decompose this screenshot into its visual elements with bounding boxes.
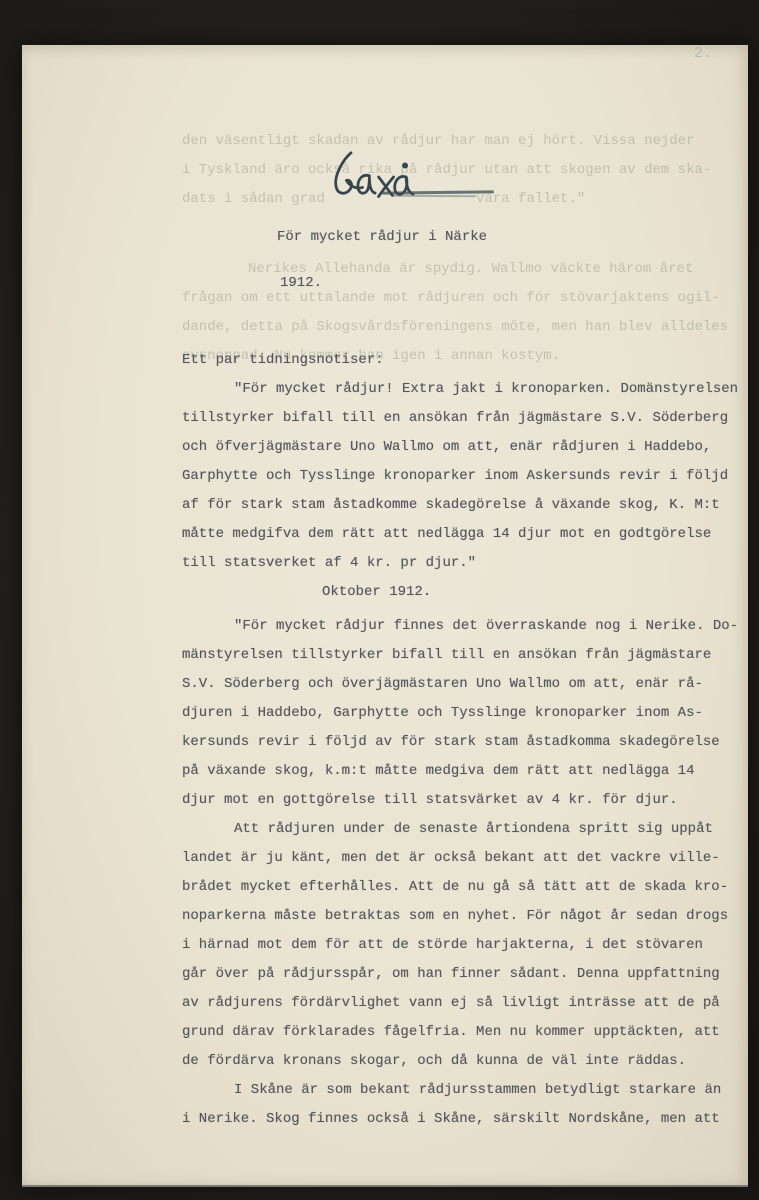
document-title: För mycket rådjur i Närke (277, 223, 487, 252)
typewritten-line: brådet mycket efterhålles. Att de nu gå … (182, 873, 738, 902)
scan-background: 2. den väsentligt skadan av rådjur har m… (0, 0, 759, 1200)
typewritten-line: S.V. Söderberg och överjägmästaren Uno W… (182, 670, 738, 699)
typewritten-line: grund därav förklarades fågelfria. Men n… (182, 1018, 738, 1047)
typewritten-line: I Skåne är som bekant rådjursstammen bet… (182, 1076, 738, 1105)
typewritten-line: i Nerike. Skog finnes också i Skåne, sär… (182, 1105, 738, 1134)
typewritten-line: mänstyrelsen tillstyrker bifall till en … (182, 641, 738, 670)
typewritten-line: Att rådjuren under de senaste årtiondena… (182, 815, 738, 844)
typewritten-line: "För mycket rådjur finnes det överraskan… (182, 612, 738, 641)
typewritten-line: på växande skog, k.m:t måtte medgiva dem… (182, 757, 738, 786)
typewritten-line: måtte medgifva dem rätt att nedlägga 14 … (182, 520, 738, 549)
ghost-page-number: 2. (694, 39, 712, 68)
typewritten-line: de fördärva kronans skogar, och då kunna… (182, 1047, 738, 1076)
paper-sheet: 2. den väsentligt skadan av rådjur har m… (22, 45, 748, 1185)
laxa-handwriting (328, 147, 420, 207)
ghost-bleedthrough-top: den väsentligt skadan av rådjur har man … (182, 127, 711, 214)
typewritten-line: noparkerna måste betraktas som en nyhet.… (182, 902, 738, 931)
typewritten-line: till statsverket af 4 kr. pr djur." (182, 549, 738, 578)
typewritten-line: af för stark stam åstadkomme skadegörels… (182, 491, 738, 520)
handwritten-laxa-annotation (328, 147, 420, 207)
typewritten-line: i härnad mot dem för att de störde harja… (182, 931, 738, 960)
ghost-text-line: den väsentligt skadan av rådjur har man … (182, 127, 711, 156)
typewritten-line: "För mycket rådjur! Extra jakt i kronopa… (182, 375, 738, 404)
typewritten-line: går över på rådjursspår, om han finner s… (182, 960, 738, 989)
typewritten-line: av rådjurens fördärvlighet vann ej så li… (182, 989, 738, 1018)
laxa-ring-dot (402, 163, 408, 169)
typewritten-line: djur mot en gottgörelse till statsvärket… (182, 786, 738, 815)
typewritten-line: Ett par tidningsnotiser: (182, 346, 738, 375)
typewritten-line: djuren i Haddebo, Garphytte och Tyssling… (182, 699, 738, 728)
ghost-text-line: Nerikes Allehanda är spydig. Wallmo väck… (182, 255, 728, 284)
typewritten-line: landet är ju känt, men det är också beka… (182, 844, 738, 873)
ghost-text-line: dats i sådan grad vara fallet." (182, 185, 711, 214)
typewritten-intro-paragraph: Ett par tidningsnotiser:"För mycket rådj… (182, 346, 738, 607)
typewritten-line: kersunds revir i följd av för stark stam… (182, 728, 738, 757)
typewritten-line: och öfverjägmästare Uno Wallmo om att, e… (182, 433, 738, 462)
ghost-text-line: dande, detta på Skogsvårdsföreningens mö… (182, 313, 728, 342)
typewritten-body-paragraph: "För mycket rådjur finnes det överraskan… (182, 612, 738, 1134)
ghost-text-line: frågan om ett uttalande mot rådjuren och… (182, 284, 728, 313)
ghost-text-line: i Tyskland äro också rika på rådjur utan… (182, 156, 711, 185)
laxa-letter-a1 (358, 175, 375, 193)
typewritten-line: tillstyrker bifall till en ansökan från … (182, 404, 738, 433)
typewritten-line: Garphytte och Tysslinge kronoparker inom… (182, 462, 738, 491)
typewritten-line: Oktober 1912. (182, 578, 738, 607)
